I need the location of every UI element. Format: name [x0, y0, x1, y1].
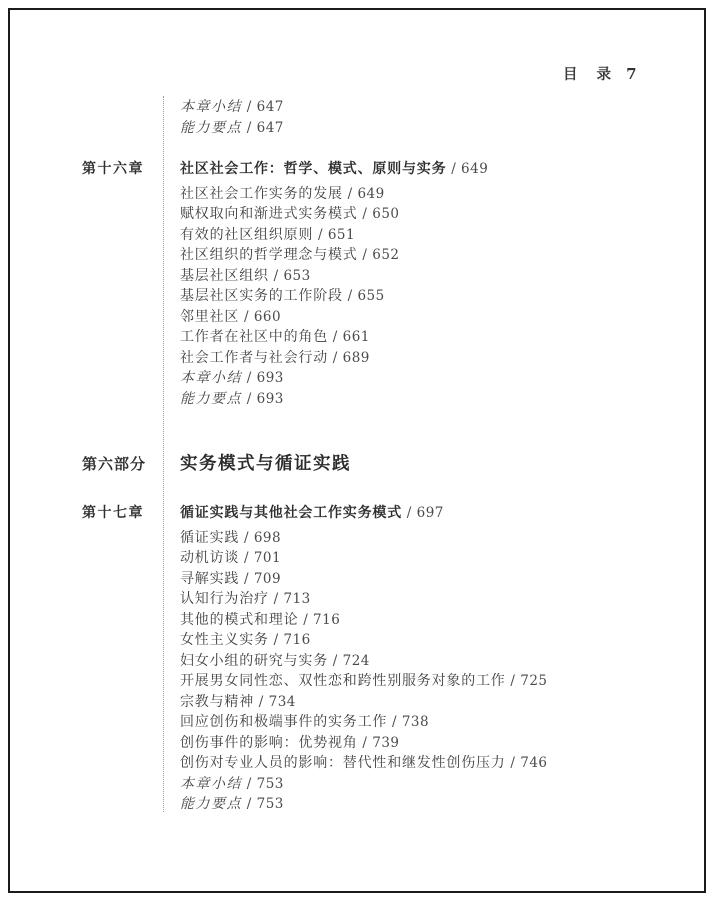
entry-title: 认知行为治疗 [180, 591, 269, 607]
entry-title: 工作者在社区中的角色 [180, 329, 328, 345]
toc-entry-row: 女性主义实务 / 716 [0, 630, 715, 651]
entry-title: 赋权取向和渐进式实务模式 [180, 206, 358, 222]
toc-entry-row: 本章小结 / 693 [0, 368, 715, 389]
toc-entry-row: 回应创伤和极端事件的实务工作 / 738 [0, 712, 715, 733]
toc-entry-content: 循证实践 / 698 [180, 528, 715, 549]
chapter-label: 第十七章 [82, 503, 144, 524]
toc-entry-row: 工作者在社区中的角色 / 661 [0, 327, 715, 348]
entry-title: 本章小结 [180, 370, 242, 386]
entry-title: 宗教与精神 [180, 694, 254, 710]
toc-entry-content: 社区组织的哲学理念与模式 / 652 [180, 245, 715, 266]
entry-title: 动机访谈 [180, 550, 239, 566]
toc-entry-content: 认知行为治疗 / 713 [180, 589, 715, 610]
chapter-row-content: 社区社会工作：哲学、模式、原则与实务 / 649 [180, 159, 715, 180]
toc-entry-content: 本章小结 / 753 [180, 774, 715, 795]
toc-entry-row: 动机访谈 / 701 [0, 548, 715, 569]
entry-title: 回应创伤和极端事件的实务工作 [180, 714, 387, 730]
entry-page-ref: / 647 [242, 120, 284, 136]
toc-entry-row: 邻里社区 / 660 [0, 307, 715, 328]
entry-page-ref: / 734 [254, 694, 296, 710]
chapter-page-ref: / 649 [446, 161, 488, 177]
toc-entry-content: 妇女小组的研究与实务 / 724 [180, 651, 715, 672]
toc-entry-content: 能力要点 / 753 [180, 794, 715, 815]
running-head-title: 目 录 [563, 67, 618, 83]
toc-part-row: 第六部分实务模式与循证实践 [0, 451, 715, 478]
entry-page-ref: / 689 [328, 350, 370, 366]
entry-page-ref: / 753 [242, 776, 284, 792]
toc-entry-row: 能力要点 / 693 [0, 389, 715, 410]
entry-page-ref: / 693 [242, 391, 284, 407]
toc-entry-row: 本章小结 / 753 [0, 774, 715, 795]
toc-entry-row: 有效的社区组织原则 / 651 [0, 225, 715, 246]
entry-title: 社区社会工作实务的发展 [180, 186, 343, 202]
entry-page-ref: / 655 [343, 288, 385, 304]
entry-page-ref: / 651 [313, 227, 355, 243]
toc-entry-content: 女性主义实务 / 716 [180, 630, 715, 651]
toc-entry-row: 循证实践 / 698 [0, 528, 715, 549]
entry-title: 本章小结 [180, 776, 242, 792]
entry-title: 社区组织的哲学理念与模式 [180, 247, 358, 263]
toc-entry-content: 赋权取向和渐进式实务模式 / 650 [180, 204, 715, 225]
toc-entry-content: 本章小结 / 647 [180, 97, 715, 118]
entry-title: 创伤对专业人员的影响：替代性和继发性创伤压力 [180, 755, 506, 771]
toc-chapter-row: 第十七章循证实践与其他社会工作实务模式 / 697 [0, 503, 715, 524]
toc-entry-content: 基层社区实务的工作阶段 / 655 [180, 286, 715, 307]
toc-entry-content: 工作者在社区中的角色 / 661 [180, 327, 715, 348]
entry-title: 循证实践 [180, 530, 239, 546]
toc-entry-content: 邻里社区 / 660 [180, 307, 715, 328]
chapter-title: 社区社会工作：哲学、模式、原则与实务 [180, 161, 446, 177]
toc-entry-content: 能力要点 / 693 [180, 389, 715, 410]
toc-entry-content: 动机访谈 / 701 [180, 548, 715, 569]
toc-entry-content: 社区社会工作实务的发展 / 649 [180, 184, 715, 205]
entry-title: 能力要点 [180, 120, 242, 136]
toc-entry-content: 有效的社区组织原则 / 651 [180, 225, 715, 246]
running-head-page-number: 7 [626, 65, 636, 83]
toc-entry-content: 本章小结 / 693 [180, 368, 715, 389]
entry-title: 有效的社区组织原则 [180, 227, 313, 243]
toc-entry-content: 创伤事件的影响：优势视角 / 739 [180, 733, 715, 754]
toc-entry-content: 基层社区组织 / 653 [180, 266, 715, 287]
entry-page-ref: / 746 [506, 755, 548, 771]
toc-entry-row: 创伤对专业人员的影响：替代性和继发性创伤压力 / 746 [0, 753, 715, 774]
toc-entry-row: 社区组织的哲学理念与模式 / 652 [0, 245, 715, 266]
entry-title: 能力要点 [180, 391, 242, 407]
entry-title: 本章小结 [180, 99, 242, 115]
toc-entry-row: 创伤事件的影响：优势视角 / 739 [0, 733, 715, 754]
entry-title: 女性主义实务 [180, 632, 269, 648]
entry-title: 创伤事件的影响：优势视角 [180, 735, 358, 751]
toc-entry-row: 宗教与精神 / 734 [0, 692, 715, 713]
chapter-page-ref: / 697 [402, 505, 444, 521]
entry-title: 能力要点 [180, 796, 242, 812]
entry-page-ref: / 724 [328, 653, 370, 669]
toc-page: 目 录7 本章小结 / 647能力要点 / 647第十六章社区社会工作：哲学、模… [0, 0, 715, 901]
entry-page-ref: / 661 [328, 329, 370, 345]
entry-page-ref: / 693 [242, 370, 284, 386]
entry-page-ref: / 716 [269, 632, 311, 648]
entry-page-ref: / 653 [269, 268, 311, 284]
toc-entry-row: 开展男女同性恋、双性恋和跨性别服务对象的工作 / 725 [0, 671, 715, 692]
entry-title: 妇女小组的研究与实务 [180, 653, 328, 669]
entry-page-ref: / 660 [239, 309, 281, 325]
toc-entry-content: 宗教与精神 / 734 [180, 692, 715, 713]
toc-entry-content: 社会工作者与社会行动 / 689 [180, 348, 715, 369]
toc-chapter-row: 第十六章社区社会工作：哲学、模式、原则与实务 / 649 [0, 159, 715, 180]
running-head: 目 录7 [563, 63, 637, 84]
entry-page-ref: / 652 [358, 247, 400, 263]
entry-page-ref: / 649 [343, 186, 385, 202]
toc-entry-row: 本章小结 / 647 [0, 97, 715, 118]
entry-page-ref: / 698 [239, 530, 281, 546]
toc-entry-row: 社会工作者与社会行动 / 689 [0, 348, 715, 369]
entry-page-ref: / 753 [242, 796, 284, 812]
entry-title: 寻解实践 [180, 571, 239, 587]
entry-page-ref: / 716 [298, 612, 340, 628]
entry-page-ref: / 709 [239, 571, 281, 587]
part-label: 第六部分 [82, 451, 146, 477]
toc-entry-row: 能力要点 / 647 [0, 118, 715, 139]
toc-list: 本章小结 / 647能力要点 / 647第十六章社区社会工作：哲学、模式、原则与… [0, 97, 715, 815]
toc-entry-content: 创伤对专业人员的影响：替代性和继发性创伤压力 / 746 [180, 753, 715, 774]
entry-title: 开展男女同性恋、双性恋和跨性别服务对象的工作 [180, 673, 506, 689]
toc-entry-content: 其他的模式和理论 / 716 [180, 610, 715, 631]
entry-page-ref: / 701 [239, 550, 281, 566]
entry-page-ref: / 738 [387, 714, 429, 730]
toc-entry-row: 基层社区组织 / 653 [0, 266, 715, 287]
toc-entry-content: 回应创伤和极端事件的实务工作 / 738 [180, 712, 715, 733]
toc-entry-row: 社区社会工作实务的发展 / 649 [0, 184, 715, 205]
chapter-row-content: 循证实践与其他社会工作实务模式 / 697 [180, 503, 715, 524]
entry-title: 基层社区实务的工作阶段 [180, 288, 343, 304]
entry-title: 邻里社区 [180, 309, 239, 325]
toc-entry-content: 开展男女同性恋、双性恋和跨性别服务对象的工作 / 725 [180, 671, 715, 692]
toc-entry-row: 妇女小组的研究与实务 / 724 [0, 651, 715, 672]
toc-entry-row: 赋权取向和渐进式实务模式 / 650 [0, 204, 715, 225]
chapter-title: 循证实践与其他社会工作实务模式 [180, 505, 402, 521]
toc-entry-row: 认知行为治疗 / 713 [0, 589, 715, 610]
part-row-content: 实务模式与循证实践 [180, 451, 715, 478]
entry-page-ref: / 650 [358, 206, 400, 222]
toc-entry-row: 其他的模式和理论 / 716 [0, 610, 715, 631]
entry-title: 其他的模式和理论 [180, 612, 298, 628]
entry-page-ref: / 713 [269, 591, 311, 607]
entry-page-ref: / 725 [506, 673, 548, 689]
toc-entry-row: 能力要点 / 753 [0, 794, 715, 815]
chapter-label: 第十六章 [82, 159, 144, 180]
toc-entry-content: 能力要点 / 647 [180, 118, 715, 139]
toc-entry-row: 基层社区实务的工作阶段 / 655 [0, 286, 715, 307]
entry-page-ref: / 739 [358, 735, 400, 751]
toc-entry-row: 寻解实践 / 709 [0, 569, 715, 590]
toc-entry-content: 寻解实践 / 709 [180, 569, 715, 590]
entry-title: 基层社区组织 [180, 268, 269, 284]
entry-title: 社会工作者与社会行动 [180, 350, 328, 366]
entry-page-ref: / 647 [242, 99, 284, 115]
part-title: 实务模式与循证实践 [180, 454, 351, 474]
